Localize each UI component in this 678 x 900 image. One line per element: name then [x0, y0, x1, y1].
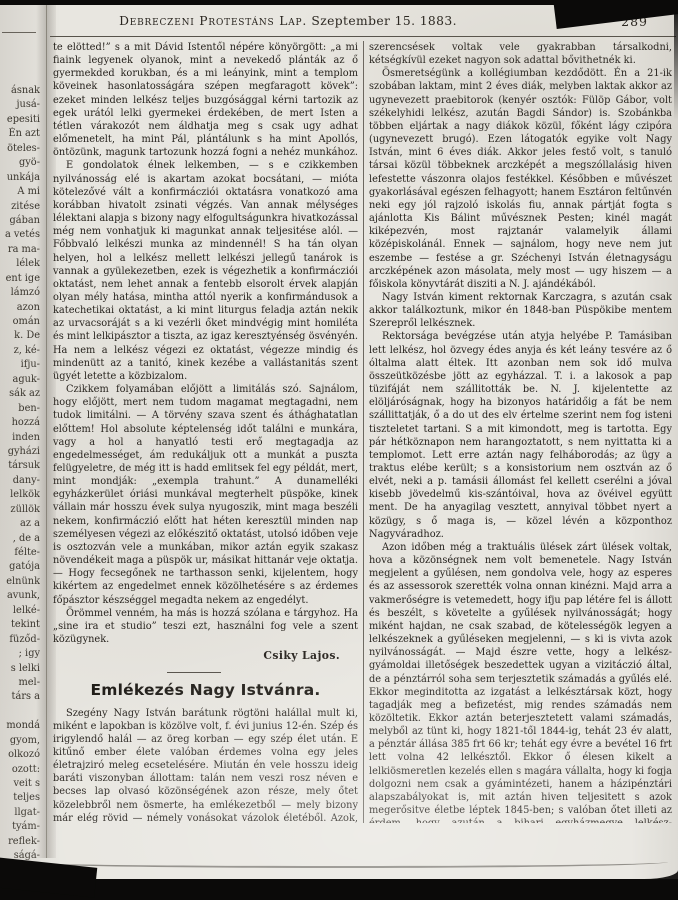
gutter-fragment: félte-	[0, 546, 40, 560]
gutter-fragment: omán	[0, 315, 40, 329]
gutter-fragment: avunk,	[0, 589, 40, 603]
gutter-fragment: hozzá	[0, 416, 40, 430]
gutter-fragment: dany-	[0, 474, 40, 488]
gutter-fragment: ben-	[0, 402, 40, 416]
article-heading: Emlékezés Nagy Istvánra.	[53, 684, 358, 697]
paragraph: te elötted!” s a mit Dávid Istentől népé…	[53, 41, 358, 159]
facing-page-fragments: ásnakjusá-epesitiÉn aztöteles-gyö-unkája…	[0, 84, 40, 878]
gutter-fragment: epesiti	[0, 113, 40, 127]
gutter-fold-line	[46, 0, 47, 858]
gutter-fragment: a vetés	[0, 228, 40, 242]
gutter-fragment: aguk-	[0, 373, 40, 387]
gutter-fragment: füződ-	[0, 633, 40, 647]
gutter-fragment: tekint	[0, 618, 40, 632]
gutter-fragment: A mi	[0, 185, 40, 199]
gutter-fragment: Én azt	[0, 127, 40, 141]
gutter-fragment: ; igy	[0, 647, 40, 661]
gutter-fragment: mel-	[0, 676, 40, 690]
issue-date: Szeptember 15. 1883.	[307, 14, 457, 28]
gutter-fragment: inden	[0, 431, 40, 445]
gutter-fragment: gyö-	[0, 156, 40, 170]
gutter-fragment: reflek-	[0, 835, 40, 849]
gutter-fragment: öteles-	[0, 142, 40, 156]
gutter-fragment: azon	[0, 301, 40, 315]
column-divider-rule	[363, 41, 364, 823]
scanned-page: ásnakjusá-epesitiÉn aztöteles-gyö-unkája…	[0, 0, 678, 900]
gutter-fragment: gyházi	[0, 445, 40, 459]
paragraph: Rektorsága bevégzése után atyja helyébe …	[369, 330, 672, 541]
paragraph: szerencsések voltak vele gyakrabban társ…	[369, 41, 672, 67]
gutter-fragment: veit s	[0, 777, 40, 791]
paragraph: Czikkem folyamában előjött a limitálás s…	[53, 383, 358, 607]
journal-name: Debreczeni Protestáns Lap.	[119, 14, 307, 28]
paragraph: Nagy István kiment rektornak Karczagra, …	[369, 291, 672, 330]
paper-sheet: ásnakjusá-epesitiÉn aztöteles-gyö-unkája…	[0, 0, 678, 879]
article-signature: Csiky Lajos.	[53, 649, 340, 662]
gutter-fragment: lelké-	[0, 604, 40, 618]
gutter-fragment: jusá-	[0, 98, 40, 112]
gutter-fragment: s lelki	[0, 662, 40, 676]
gutter-fragment: , de a	[0, 532, 40, 546]
gutter-fragment: mondá	[0, 719, 40, 733]
gutter-fragment: sák az	[0, 387, 40, 401]
left-column: te elötted!” s a mit Dávid Istentől népé…	[53, 41, 358, 823]
gutter-fragment	[0, 705, 40, 719]
page-edge-line	[8, 862, 668, 868]
gutter-fragment: llgat-	[0, 806, 40, 820]
gutter-fragment: teljes	[0, 791, 40, 805]
gutter-fragment: ent ige	[0, 272, 40, 286]
right-column: szerencsések voltak vele gyakrabban társ…	[369, 41, 672, 823]
gutter-fragment: ifju-	[0, 358, 40, 372]
gutter-fragment: lámzó	[0, 286, 40, 300]
section-divider	[167, 672, 221, 673]
paragraph: Azon időben még a traktuális ülések zárt…	[369, 541, 672, 823]
gutter-fragment: ásnak	[0, 84, 40, 98]
gutter-fragment: társuk	[0, 459, 40, 473]
gutter-fragment: olkozó	[0, 748, 40, 762]
paragraph: Ösmeretségünk a kollégiumban kezdődött. …	[369, 67, 672, 291]
facing-page-rule	[2, 32, 36, 33]
scan-edge-right	[674, 0, 678, 120]
gutter-fragment: zitése	[0, 200, 40, 214]
gutter-fragment: lélek	[0, 257, 40, 271]
gutter-fragment: tyám-	[0, 820, 40, 834]
gutter-fragment: z, ké-	[0, 344, 40, 358]
journal-title: Debreczeni Protestáns Lap. Szeptember 15…	[119, 14, 457, 28]
gutter-fragment: ra ma-	[0, 243, 40, 257]
gutter-fragment: társ a	[0, 690, 40, 704]
gutter-fragment: gyom,	[0, 734, 40, 748]
gutter-fragment: ozott:	[0, 763, 40, 777]
paragraph: Szegény Nagy István barátunk rögtöni hal…	[53, 707, 358, 824]
text-columns: te elötted!” s a mit Dávid Istentől népé…	[53, 41, 672, 823]
paragraph: E gondolatok élnek lelkemben, — s e czik…	[53, 159, 358, 383]
header-rule	[50, 36, 676, 37]
gutter-fragment: lelkök	[0, 488, 40, 502]
paragraph: Örömmel venném, ha más is hozzá szólana …	[53, 607, 358, 646]
gutter-fragment: k. De	[0, 329, 40, 343]
gutter-fragment: gában	[0, 214, 40, 228]
gutter-fragment: az a	[0, 517, 40, 531]
gutter-fragment: unkája	[0, 171, 40, 185]
gutter-fragment: züllök	[0, 503, 40, 517]
gutter-fragment: gatója	[0, 560, 40, 574]
book-gutter: ásnakjusá-epesitiÉn aztöteles-gyö-unkája…	[0, 0, 46, 858]
gutter-fragment: elnünk	[0, 575, 40, 589]
